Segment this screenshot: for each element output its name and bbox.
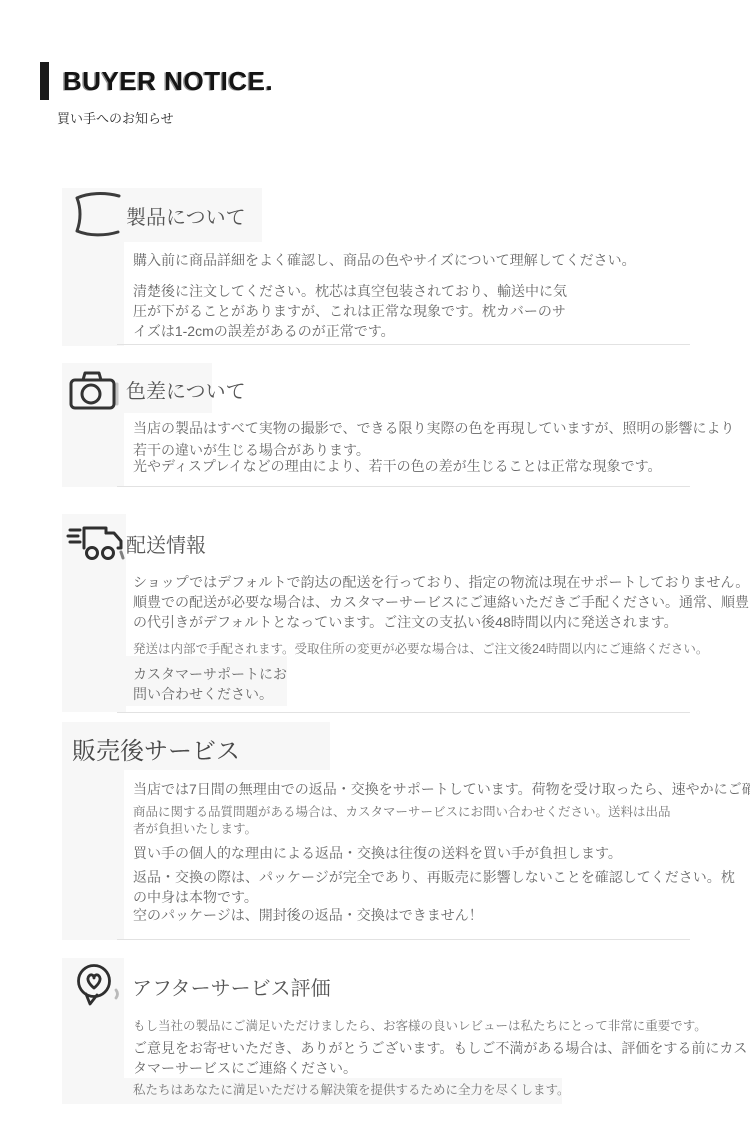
paragraph: 当店の製品はすべて実物の撮影で、できる限り実際の色を再現していますが、照明の影響…: [133, 417, 734, 461]
section-title-after-sales: 販売後サービス: [72, 731, 240, 766]
section-title-shipping: 配送情報: [126, 529, 206, 558]
paragraph: 購入前に商品詳細をよく確認し、商品の色やサイズについて理解してください。: [133, 250, 636, 270]
page-title: BUYER NOTICE.: [63, 66, 273, 97]
section-divider: [117, 712, 690, 713]
heart-bubble-icon: [72, 962, 124, 1010]
paragraph: もし当社の製品にご満足いただけましたら、お客様の良いレビューは私たちにとって非常…: [133, 1018, 707, 1035]
paragraph: 買い手の個人的な理由による返品・交換は往復の送料を買い手が負担します。: [133, 843, 622, 863]
paragraph: 空のパッケージは、開封後の返品・交換はできません！: [133, 905, 483, 925]
section-title-color-difference: 色差について: [126, 375, 246, 404]
section-divider: [117, 486, 690, 487]
paragraph: カスタマーサポートにお 問い合わせください。: [133, 664, 287, 704]
section-divider: [117, 939, 690, 940]
paragraph: 清楚後に注文してください。枕芯は真空包装されており、輸送中に気 圧が下がることが…: [133, 281, 567, 341]
pillow-icon: [70, 190, 126, 238]
paragraph: 返品・交換の際は、パッケージが完全であり、再販売に影響しないことを確認してくださ…: [133, 867, 735, 907]
paragraph: 光やディスプレイなどの理由により、若干の色の差が生じることは正常な現象です。: [133, 456, 662, 476]
page-subtitle: 買い手へのお知らせ: [57, 108, 174, 127]
paragraph: 当店では7日間の無理由での返品・交換をサポートしています。荷物を受け取ったら、速…: [133, 779, 750, 799]
title-accent-bar: [40, 62, 49, 100]
delivery-truck-icon: [66, 518, 128, 566]
paragraph: 商品に関する品質問題がある場合は、カスタマーサービスにお問い合わせください。送料…: [133, 804, 671, 838]
section-title-after-service-review: アフターサービス評価: [132, 972, 331, 1001]
paragraph: 発送は内部で手配されます。受取住所の変更が必要な場合は、ご注文後24時間以内にご…: [133, 641, 708, 658]
camera-icon: [68, 368, 122, 412]
paragraph: ショップではデフォルトで韵达の配送を行っており、指定の物流は現在サポートしており…: [133, 572, 749, 632]
paragraph: ご意見をお寄せいただき、ありがとうございます。もしご不満がある場合は、評価をする…: [133, 1038, 747, 1078]
section-divider: [117, 344, 690, 345]
buyer-notice-page: BUYER NOTICE. 買い手へのお知らせ 製品について 購入前に商品詳細を…: [0, 0, 750, 1144]
paragraph: 私たちはあなたに満足いただける解決策を提供するために全力を尽くします。: [133, 1082, 570, 1099]
section-title-product: 製品について: [126, 201, 246, 230]
